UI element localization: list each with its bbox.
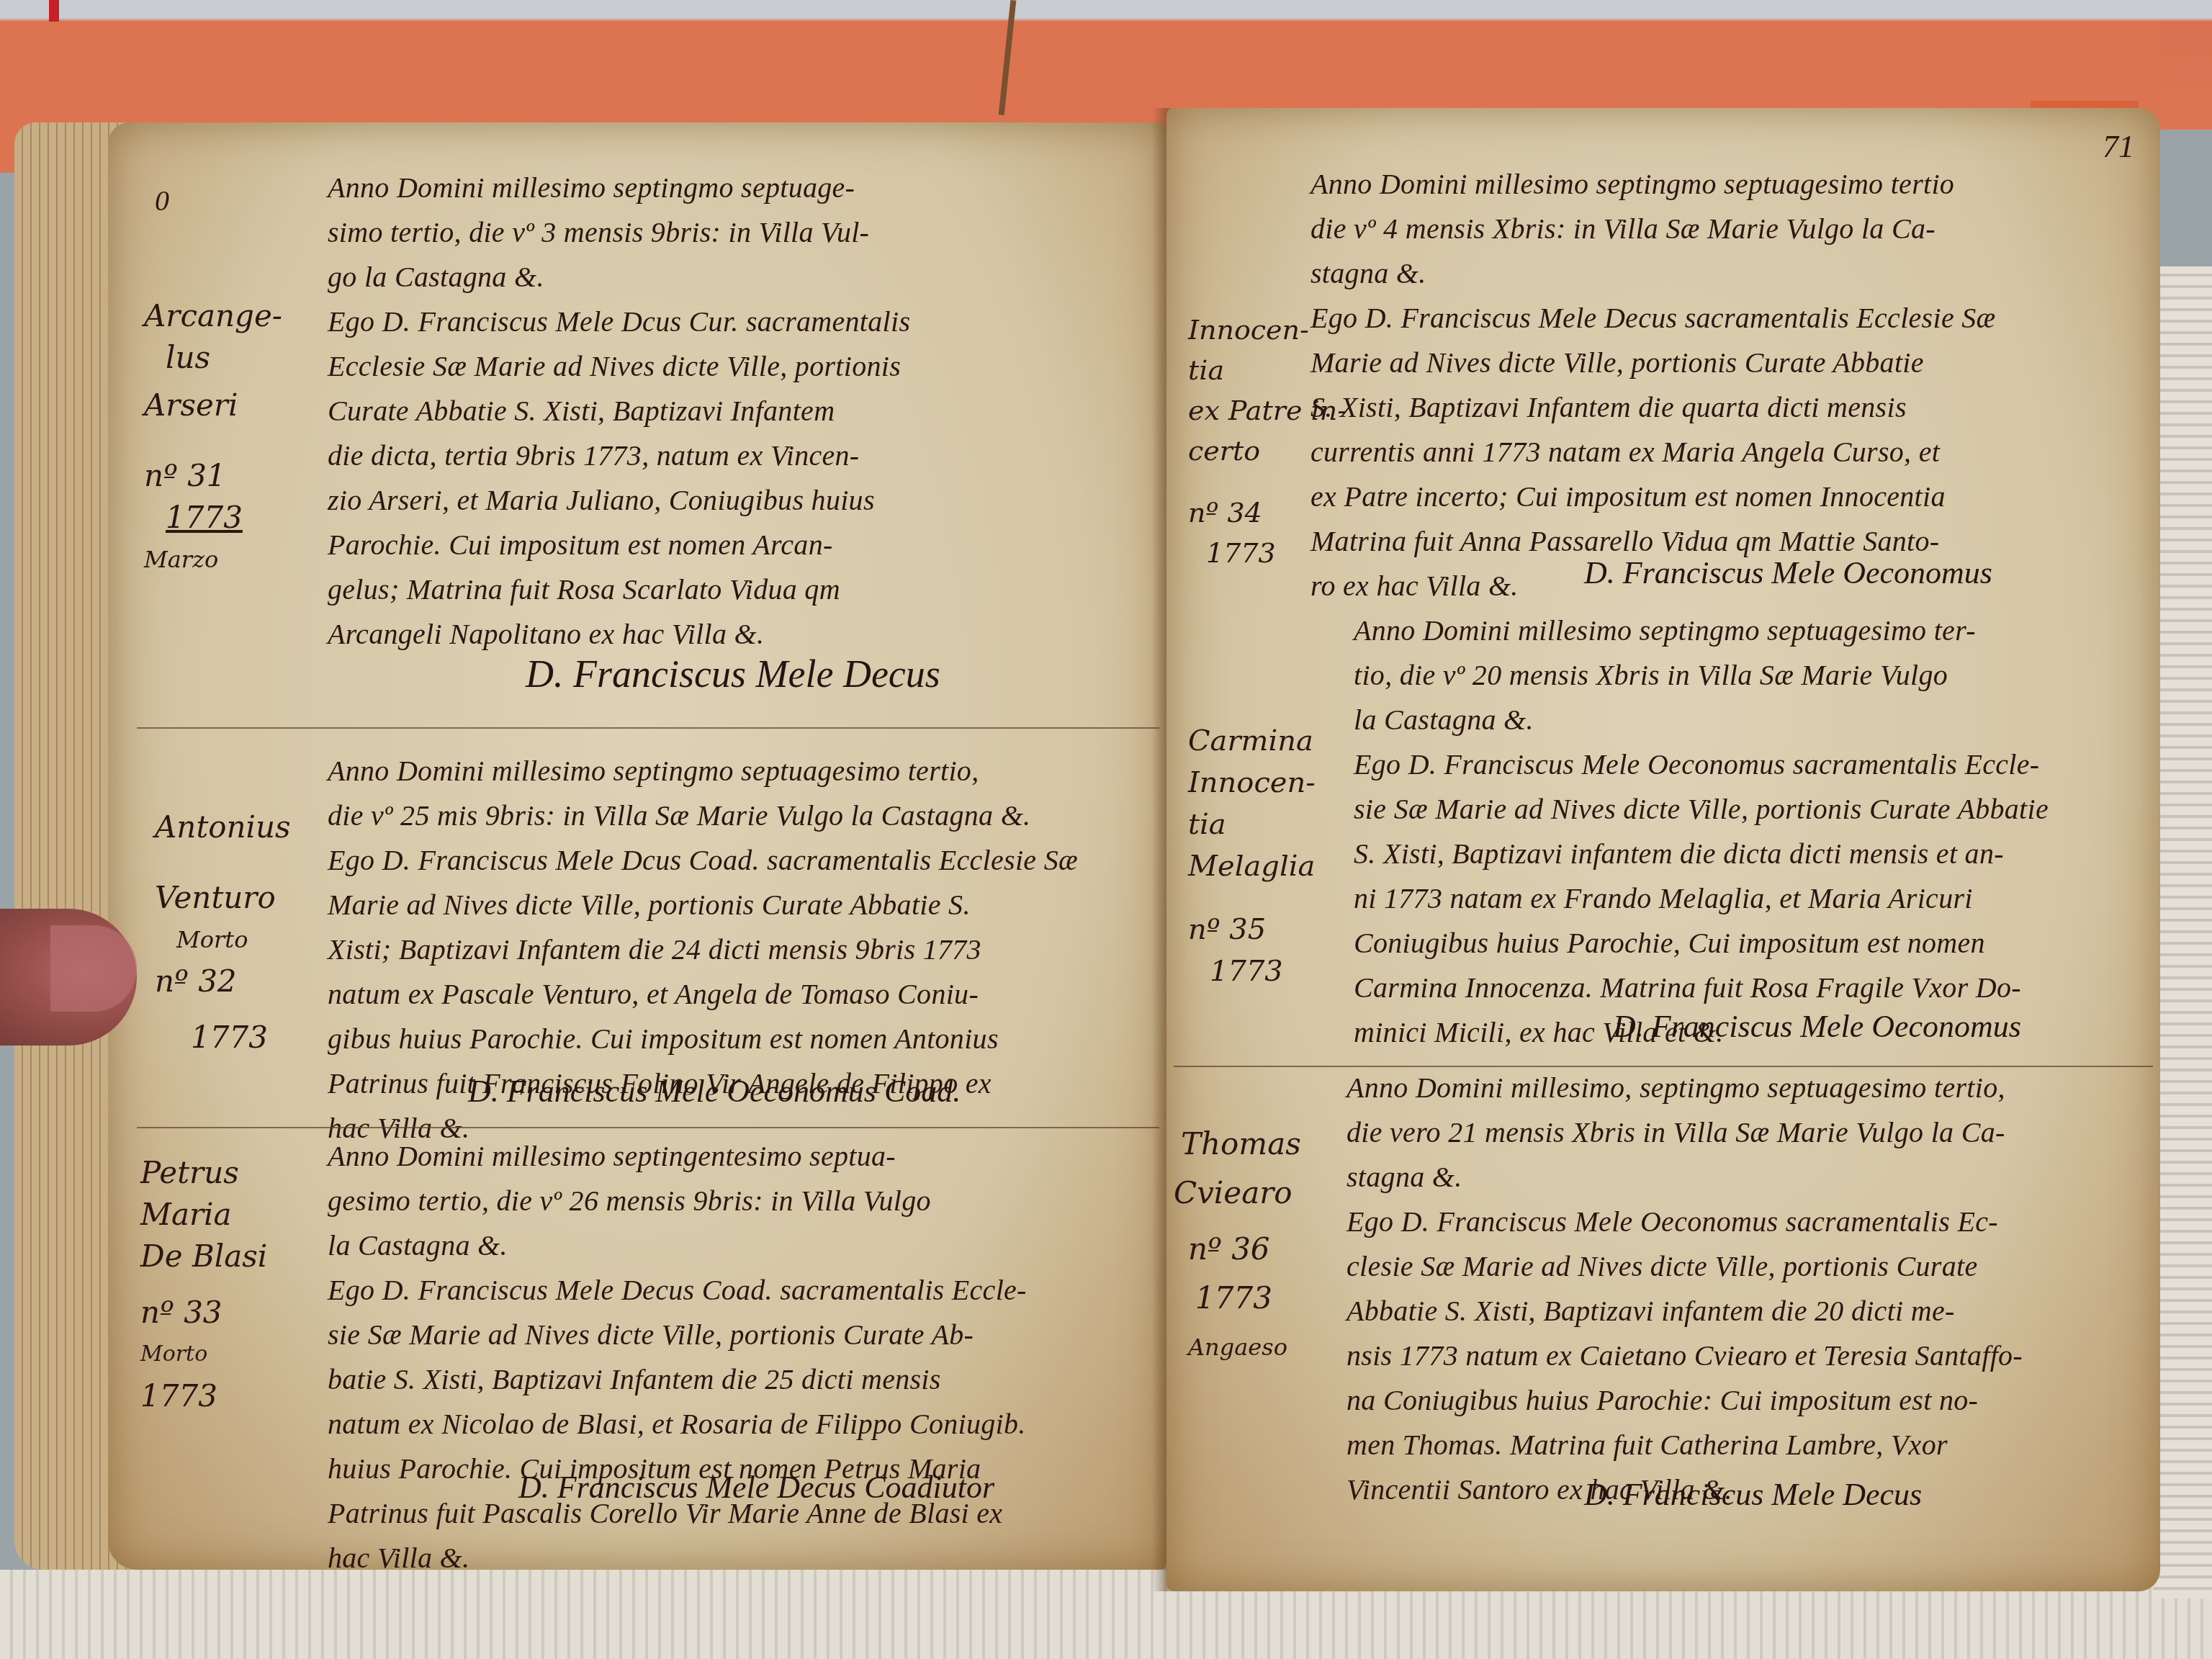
newspaper-underlay-right	[2153, 266, 2212, 1599]
margin-entry-32: Antonius Venturo Morto nº 32 1773	[155, 806, 291, 1058]
entry-text-31: Anno Domini millesimo septingmo septuage…	[328, 166, 910, 657]
entry-text-36: Anno Domini millesimo, septingmo septuag…	[1346, 1066, 2023, 1512]
entry-divider	[137, 1127, 1159, 1128]
margin-entry-33: Petrus Maria De Blasi nº 33 Morto 1773	[140, 1152, 267, 1417]
entry-text-33: Anno Domini millesimo septingentesimo se…	[328, 1134, 1027, 1581]
entry-text-34: Anno Domini millesimo septingmo septuage…	[1310, 162, 1996, 608]
signature-36: D. Franciscus Mele Decus	[1584, 1476, 1922, 1513]
margin-entry-31: Arcange- lus Arseri nº 31 1773 Marzo	[144, 295, 282, 580]
signature-35: D. Franciscus Mele Oeconomus	[1613, 1008, 2021, 1045]
margin-entry-36: Thomas Cviearo nº 36 1773 Angaeso	[1174, 1123, 1301, 1368]
corner-mark: 0	[155, 184, 169, 217]
margin-entry-35: Carmina Innocen- tia Melaglia nº 35 1773	[1188, 720, 1316, 992]
entry-text-35: Anno Domini millesimo septingmo septuage…	[1354, 608, 2049, 1055]
thumbnail-nail	[50, 925, 137, 1012]
signature-34: D. Franciscus Mele Oeconomus	[1584, 554, 1992, 591]
red-ribbon	[49, 0, 59, 23]
signature-32: D. Franciscus Mele Oeconomus Coad.	[468, 1073, 961, 1110]
signature-31: D. Franciscus Mele Decus	[526, 652, 940, 696]
folio-number: 71	[2103, 128, 2134, 165]
signature-33: D. Franciscus Mele Decus Coadiutor	[518, 1469, 994, 1506]
entry-divider	[137, 727, 1159, 729]
